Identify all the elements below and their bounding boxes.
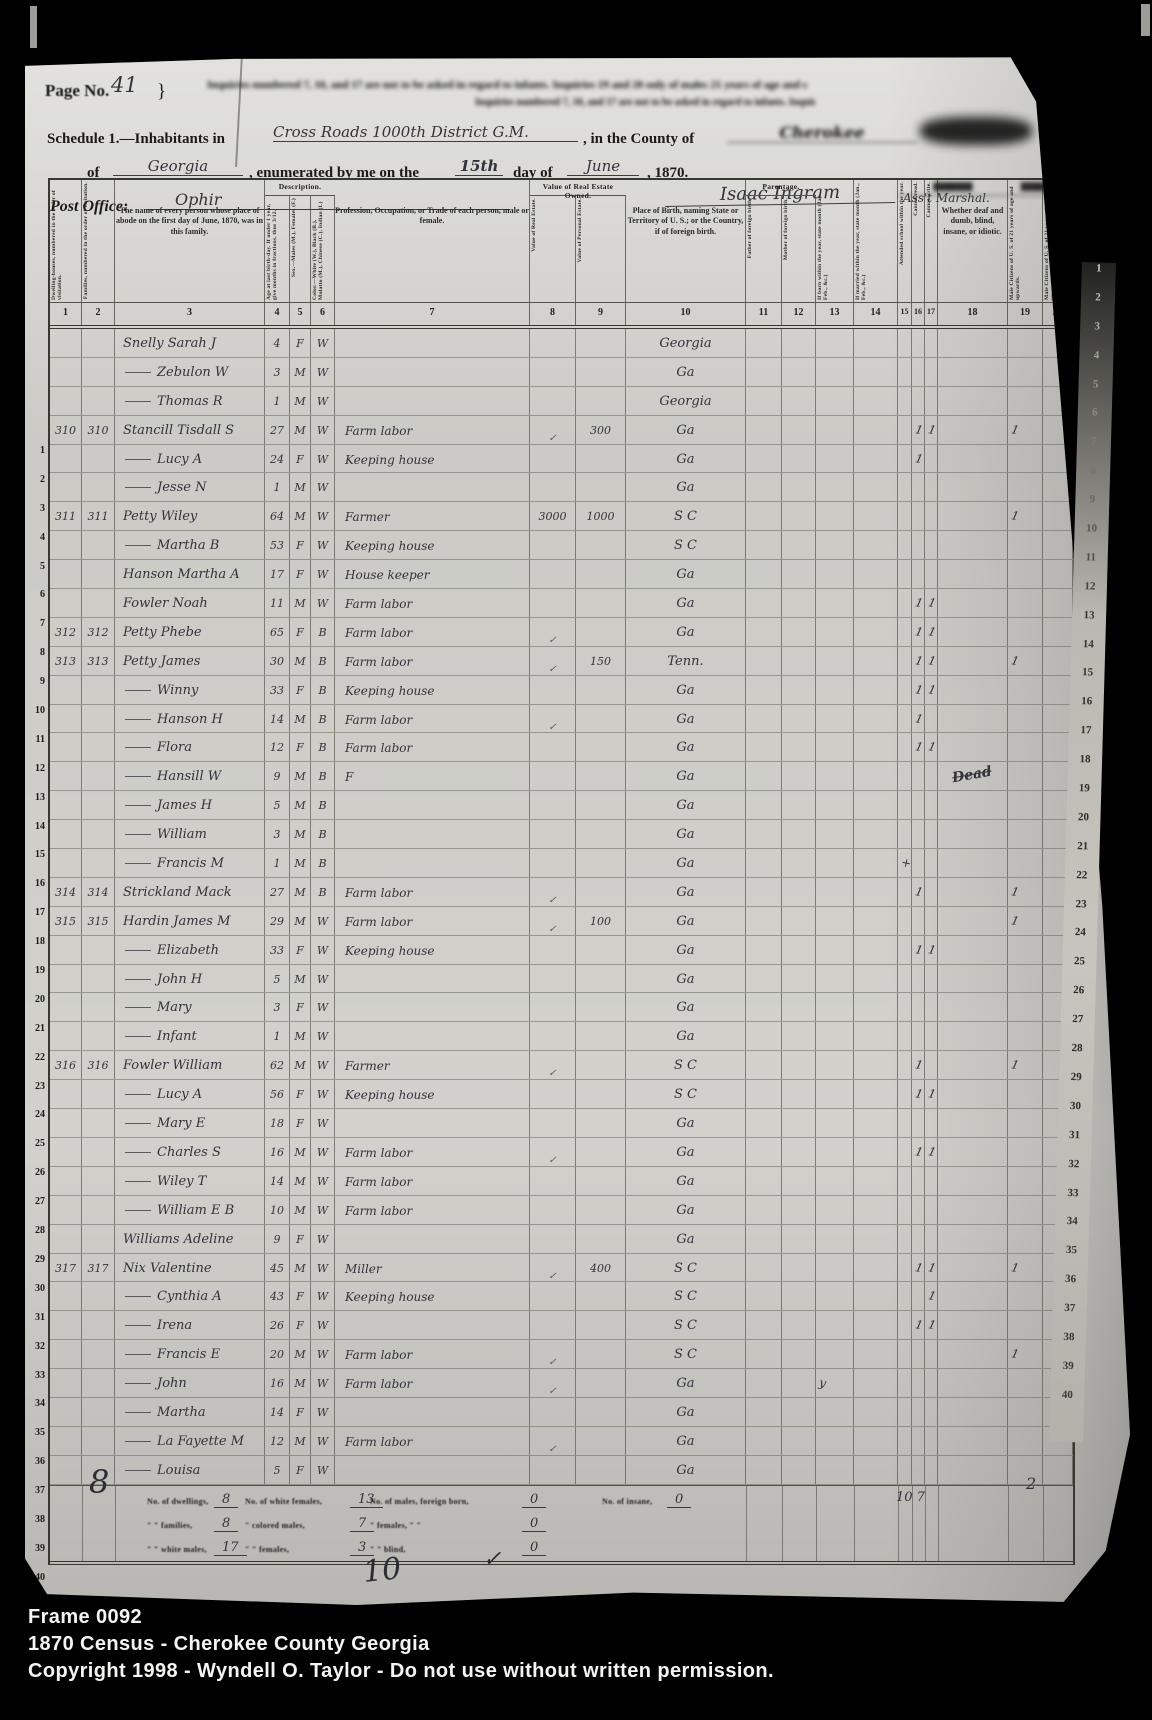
left-row-number: 12 <box>25 763 45 792</box>
cell-name: Wiley T <box>115 1167 265 1195</box>
totals-block: No. of dwellings,8No. of white females,1… <box>50 1485 1073 1565</box>
cell-col-13 <box>816 676 854 704</box>
cell-name: Martha B <box>115 531 265 559</box>
ditto-dash <box>125 487 151 488</box>
cell-sex: F <box>290 560 311 588</box>
left-row-number: 8 <box>25 647 45 676</box>
cell-birthplace: Ga <box>626 416 746 444</box>
ditto-dash <box>125 690 151 691</box>
cell-name: Martha <box>115 1398 265 1426</box>
hand-tick-mark: 1 <box>914 877 926 899</box>
edge-row-number: 4 <box>1079 349 1114 379</box>
cell-name: Petty Phebe <box>115 618 265 646</box>
cell-family-number <box>82 1022 115 1050</box>
cell-sex: M <box>290 589 311 617</box>
column-header-18: Whether deaf and dumb, blind, insane, or… <box>938 180 1008 302</box>
cell-sex: M <box>290 1196 311 1224</box>
cell-col-13 <box>816 618 854 646</box>
cell-personal-estate-value <box>576 358 626 386</box>
cell-color: W <box>311 965 335 993</box>
cell-col-12 <box>782 965 816 993</box>
cell-birthplace: Ga <box>626 445 746 473</box>
cell-personal-estate-value <box>576 1196 626 1224</box>
left-row-number: 14 <box>25 821 45 850</box>
ditto-dash <box>125 719 151 720</box>
cell-color: W <box>311 1254 335 1282</box>
hand-tick-mark: 1 <box>927 733 939 755</box>
cell-col-18 <box>938 502 1008 530</box>
cell-col-15 <box>898 820 912 848</box>
cell-family-number <box>82 1109 115 1137</box>
cell-personal-estate-value <box>576 387 626 415</box>
cell-col-18 <box>938 705 1008 733</box>
table-row: La Fayette M12MWFarm labor✓Ga <box>50 1427 1073 1456</box>
cell-col-12 <box>782 473 816 501</box>
cell-occupation: Farm labor <box>335 1138 530 1166</box>
cell-age: 3 <box>265 820 290 848</box>
cell-age: 16 <box>265 1138 290 1166</box>
hand-tick-mark: 1 <box>914 1311 926 1333</box>
cell-family-number <box>82 560 115 588</box>
ditto-dash <box>125 1441 151 1442</box>
cell-family-number: 314 <box>82 878 115 906</box>
totals-grid-line <box>1043 1486 1044 1561</box>
ditto-dash <box>125 1296 151 1297</box>
column-header-label: Male Citizens of U. S. of 21 years of ag… <box>1043 180 1063 302</box>
cell-col-14 <box>854 647 898 675</box>
person-name: Williams Adeline <box>123 1232 233 1247</box>
cell-sex: F <box>290 618 311 646</box>
person-name: Strickland Mack <box>123 885 232 900</box>
check-mark: ✓ <box>548 626 556 646</box>
person-name: Irena <box>157 1318 192 1333</box>
cell-col-11 <box>746 1340 782 1368</box>
cell-birthplace: Ga <box>626 936 746 964</box>
cell-col-17 <box>925 560 938 588</box>
cell-age: 14 <box>265 705 290 733</box>
cell-col-20 <box>1043 502 1073 530</box>
cell-occupation: Keeping house <box>335 936 530 964</box>
left-row-number: 26 <box>25 1167 45 1196</box>
cell-personal-estate-value <box>576 1398 626 1426</box>
cell-col-19 <box>1008 473 1043 501</box>
column-header-label: Male Citizens of U. S. of 21 years of ag… <box>1008 180 1022 302</box>
table-row: 313313Petty James30MBFarm labor✓150Tenn.… <box>50 647 1073 676</box>
check-mark: ✓ <box>548 886 556 906</box>
cell-color: W <box>311 1167 335 1195</box>
cell-col-20 <box>1043 473 1073 501</box>
cell-col-19: 1 <box>1008 1051 1043 1079</box>
table-row: Infant1MWGa <box>50 1022 1073 1051</box>
cell-col-15 <box>898 1225 912 1253</box>
cell-color: W <box>311 1138 335 1166</box>
left-row-number: 33 <box>25 1370 45 1399</box>
cell-birthplace: Ga <box>626 1456 746 1484</box>
cell-col-17 <box>925 1398 938 1426</box>
cell-col-17 <box>925 965 938 993</box>
cell-col-13 <box>816 589 854 617</box>
edge-row-number: 10 <box>1074 522 1109 552</box>
cell-col-12 <box>782 705 816 733</box>
cell-family-number <box>82 1311 115 1339</box>
cell-occupation <box>335 820 530 848</box>
instructions-smudge-2: Inquiries numbered 7, 10, and 17 are not… <box>475 97 815 110</box>
cell-col-20 <box>1043 560 1073 588</box>
cell-col-11 <box>746 676 782 704</box>
cell-col-17: 1 <box>925 1282 938 1310</box>
left-row-number: 1 <box>25 445 45 474</box>
cell-col-13 <box>816 1340 854 1368</box>
cell-col-19 <box>1008 1282 1043 1310</box>
cell-col-13 <box>816 1225 854 1253</box>
cell-col-13 <box>816 849 854 877</box>
cell-col-19 <box>1008 1369 1043 1397</box>
ditto-dash <box>125 1412 151 1413</box>
cell-col-15 <box>898 358 912 386</box>
cell-real-estate-value: ✓ <box>530 618 576 646</box>
cell-personal-estate-value <box>576 965 626 993</box>
cell-family-number <box>82 1369 115 1397</box>
left-row-number: 3 <box>25 503 45 532</box>
cell-col-15 <box>898 1196 912 1224</box>
cell-personal-estate-value <box>576 878 626 906</box>
cell-col-19 <box>1008 358 1043 386</box>
cell-col-18 <box>938 936 1008 964</box>
cell-personal-estate-value <box>576 1051 626 1079</box>
column-header-label: Age at last birth-day. If under 1 year, … <box>265 196 279 302</box>
edge-row-number: 6 <box>1077 406 1112 436</box>
column-header-5: Sex.—Males (M.), Females (F.) <box>290 196 311 302</box>
census-paper: Page No. 41 } Inquiries numbered 7, 10, … <box>25 55 1130 1605</box>
cell-col-16 <box>912 473 925 501</box>
ditto-dash <box>125 834 151 835</box>
ditto-dash <box>125 459 151 460</box>
left-row-number: 19 <box>25 965 45 994</box>
cell-personal-estate-value <box>576 1138 626 1166</box>
hand-tick-mark: 1 <box>1010 877 1022 899</box>
cell-color: B <box>311 878 335 906</box>
cell-col-14 <box>854 502 898 530</box>
cell-col-20 <box>1043 387 1073 415</box>
hand-tick-mark: 1 <box>914 617 926 639</box>
cell-col-17 <box>925 502 938 530</box>
cell-sex: F <box>290 733 311 761</box>
cell-age: 18 <box>265 1109 290 1137</box>
cell-col-14 <box>854 936 898 964</box>
person-name: Charles S <box>157 1145 221 1160</box>
edge-row-number: 35 <box>1054 1244 1089 1274</box>
cell-col-17 <box>925 1022 938 1050</box>
cell-family-number <box>82 993 115 1021</box>
person-name: Fowler William <box>123 1058 222 1073</box>
cell-col-13 <box>816 1398 854 1426</box>
cell-dwelling-number <box>50 1369 82 1397</box>
cell-name: Winny <box>115 676 265 704</box>
cell-color: W <box>311 1051 335 1079</box>
cell-col-17 <box>925 531 938 559</box>
column-header-3: The name of every person whose place of … <box>115 180 265 302</box>
edge-row-number: 40 <box>1050 1388 1085 1418</box>
column-header-16: Cannot read. <box>912 180 925 302</box>
cell-family-number <box>82 1427 115 1455</box>
cell-col-17 <box>925 1427 938 1455</box>
cell-col-13 <box>816 965 854 993</box>
cell-col-13 <box>816 1051 854 1079</box>
cell-col-11 <box>746 1398 782 1426</box>
cell-family-number <box>82 762 115 790</box>
cell-birthplace: Ga <box>626 560 746 588</box>
edge-row-number: 25 <box>1062 955 1097 985</box>
left-row-number: 6 <box>25 589 45 618</box>
left-row-number: 39 <box>25 1543 45 1572</box>
cell-col-16: 1 <box>912 589 925 617</box>
cell-col-19 <box>1008 849 1043 877</box>
person-name: Jesse N <box>157 480 206 495</box>
cell-dwelling-number <box>50 445 82 473</box>
totals-label: No. of males, foreign born, <box>370 1497 469 1506</box>
ditto-dash <box>125 401 151 402</box>
totals-label: ″ females, ″ ″ <box>370 1521 421 1530</box>
cell-personal-estate-value <box>576 560 626 588</box>
cell-col-13 <box>816 387 854 415</box>
cell-col-17: 1 <box>925 589 938 617</box>
cell-real-estate-value: ✓ <box>530 907 576 935</box>
cell-name: John <box>115 1369 265 1397</box>
cell-col-13 <box>816 705 854 733</box>
cell-col-17: 1 <box>925 618 938 646</box>
cell-col-19 <box>1008 1167 1043 1195</box>
cell-col-16: 1 <box>912 936 925 964</box>
cell-col-14 <box>854 1340 898 1368</box>
cell-col-14 <box>854 618 898 646</box>
left-row-number: 9 <box>25 676 45 705</box>
column-header-20: Male Citizens of U. S. of 21 years of ag… <box>1043 180 1073 302</box>
table-row: Williams Adeline9FWGa <box>50 1225 1073 1254</box>
cell-col-14 <box>854 733 898 761</box>
cell-col-12 <box>782 1051 816 1079</box>
cell-col-14 <box>854 387 898 415</box>
column-header-label: Profession, Occupation, or Trade of each… <box>335 180 529 227</box>
cell-col-16 <box>912 1427 925 1455</box>
cell-name: Mary E <box>115 1109 265 1137</box>
totals-grid-line <box>938 1486 939 1561</box>
cell-col-11 <box>746 1196 782 1224</box>
edge-row-number: 23 <box>1063 897 1098 927</box>
person-name: Zebulon W <box>157 365 228 380</box>
group-header-smudge: ███████ <box>1008 182 1073 196</box>
cell-col-15 <box>898 965 912 993</box>
cell-col-17 <box>925 705 938 733</box>
table-row: Snelly Sarah J4FWGeorgia <box>50 329 1073 358</box>
cell-col-16 <box>912 1398 925 1426</box>
cell-col-12 <box>782 1340 816 1368</box>
left-row-number: 24 <box>25 1109 45 1138</box>
cell-color: B <box>311 762 335 790</box>
cell-personal-estate-value <box>576 1456 626 1484</box>
cell-name: Mary <box>115 993 265 1021</box>
person-name: Petty James <box>123 654 200 669</box>
day-field: 15th <box>455 157 503 176</box>
cell-col-15 <box>898 1022 912 1050</box>
hand-tick-mark: 1 <box>1010 906 1022 928</box>
table-row: Elizabeth33FWKeeping houseGa11 <box>50 936 1073 965</box>
cell-name: Jesse N <box>115 473 265 501</box>
table-row: Martha14FWGa <box>50 1398 1073 1427</box>
cell-occupation: Farm labor <box>335 1369 530 1397</box>
edge-row-number: 3 <box>1080 320 1115 350</box>
cell-col-13 <box>816 445 854 473</box>
cell-col-17: 1 <box>925 733 938 761</box>
column-header-label: Place of Birth, naming State or Territor… <box>626 180 745 237</box>
cell-col-16: 1 <box>912 1311 925 1339</box>
cell-name: Petty James <box>115 647 265 675</box>
cell-col-16 <box>912 1109 925 1137</box>
cell-birthplace: Ga <box>626 993 746 1021</box>
hand-tick-mark: 1 <box>1010 1340 1022 1362</box>
cell-col-12 <box>782 1311 816 1339</box>
person-name: Cynthia A <box>157 1289 222 1304</box>
cell-color: W <box>311 1398 335 1426</box>
cell-name: Elizabeth <box>115 936 265 964</box>
cell-birthplace: S C <box>626 1311 746 1339</box>
cell-dwelling-number: 317 <box>50 1254 82 1282</box>
person-name: Hanson Martha A <box>123 567 240 582</box>
cell-col-19 <box>1008 1138 1043 1166</box>
edge-row-number: 27 <box>1060 1013 1095 1043</box>
cell-col-20 <box>1043 531 1073 559</box>
cell-col-11 <box>746 618 782 646</box>
person-name: Louisa <box>157 1463 200 1478</box>
cell-col-18 <box>938 416 1008 444</box>
cell-family-number <box>82 1225 115 1253</box>
hand-tick-mark: 1 <box>927 646 939 668</box>
cell-col-17 <box>925 1196 938 1224</box>
table-row: John H5MWGa <box>50 965 1073 994</box>
hand-tick-mark: 1 <box>914 1051 926 1073</box>
cell-birthplace: Ga <box>626 791 746 819</box>
cell-col-14 <box>854 1109 898 1137</box>
cell-name: James H <box>115 791 265 819</box>
totals-grid-line <box>82 1486 83 1561</box>
cell-col-16 <box>912 560 925 588</box>
cell-col-18 <box>938 1051 1008 1079</box>
cell-sex: M <box>290 1167 311 1195</box>
cell-age: 56 <box>265 1080 290 1108</box>
cell-color: W <box>311 1109 335 1137</box>
cell-col-18 <box>938 993 1008 1021</box>
cell-col-14 <box>854 1138 898 1166</box>
cell-col-14 <box>854 1254 898 1282</box>
cell-sex: F <box>290 1109 311 1137</box>
cell-occupation <box>335 1022 530 1050</box>
cell-real-estate-value <box>530 1311 576 1339</box>
cell-age: 12 <box>265 1427 290 1455</box>
cell-color: B <box>311 647 335 675</box>
caption-frame: Frame 0092 <box>28 1604 774 1631</box>
cell-col-19 <box>1008 1109 1043 1137</box>
left-row-number: 25 <box>25 1138 45 1167</box>
edge-row-number: 1 <box>1081 262 1116 292</box>
cell-age: 11 <box>265 589 290 617</box>
cell-col-13 <box>816 358 854 386</box>
cell-col-11 <box>746 502 782 530</box>
cell-family-number <box>82 445 115 473</box>
column-number-16: 16 <box>912 303 925 325</box>
cell-col-16 <box>912 1022 925 1050</box>
column-number-12: 12 <box>782 303 816 325</box>
ditto-dash <box>125 1210 151 1211</box>
cell-col-12 <box>782 531 816 559</box>
cell-col-14 <box>854 329 898 357</box>
left-row-number: 4 <box>25 532 45 561</box>
cell-col-18 <box>938 1225 1008 1253</box>
cell-name: William E B <box>115 1196 265 1224</box>
cell-col-16 <box>912 531 925 559</box>
cell-col-17: 1 <box>925 647 938 675</box>
cell-col-19: 1 <box>1008 1254 1043 1282</box>
cell-real-estate-value <box>530 1080 576 1108</box>
cell-family-number: 315 <box>82 907 115 935</box>
cell-dwelling-number <box>50 1167 82 1195</box>
table-row: 317317Nix Valentine45MWMiller✓400S C111 <box>50 1254 1073 1283</box>
column-number-17: 17 <box>925 303 938 325</box>
cell-occupation: Farmer <box>335 502 530 530</box>
cell-occupation <box>335 1109 530 1137</box>
cell-birthplace: S C <box>626 1080 746 1108</box>
cell-col-15 <box>898 1311 912 1339</box>
ditto-dash <box>125 1383 151 1384</box>
cell-name: Hansill W <box>115 762 265 790</box>
cell-col-14 <box>854 878 898 906</box>
cell-age: 33 <box>265 936 290 964</box>
person-name: Martha <box>157 1405 206 1420</box>
person-name: Fowler Noah <box>123 596 208 611</box>
cell-sex: F <box>290 676 311 704</box>
cell-personal-estate-value: 300 <box>576 416 626 444</box>
totals-value: 8 <box>214 1492 238 1508</box>
table-row: Jesse N1MWGa <box>50 473 1073 502</box>
cell-col-16 <box>912 387 925 415</box>
left-row-number: 17 <box>25 907 45 936</box>
cell-sex: F <box>290 936 311 964</box>
cell-sex: M <box>290 502 311 530</box>
cell-age: 26 <box>265 1311 290 1339</box>
cell-col-16: 1 <box>912 416 925 444</box>
cell-personal-estate-value <box>576 849 626 877</box>
cell-personal-estate-value: 100 <box>576 907 626 935</box>
cell-real-estate-value <box>530 993 576 1021</box>
cell-birthplace: Ga <box>626 676 746 704</box>
totals-grid-line <box>746 1486 747 1561</box>
cell-dwelling-number: 310 <box>50 416 82 444</box>
person-name: Infant <box>157 1029 197 1044</box>
edge-row-number: 18 <box>1067 753 1102 783</box>
cell-col-12 <box>782 1080 816 1108</box>
cell-col-13 <box>816 1022 854 1050</box>
cell-sex: M <box>290 473 311 501</box>
cell-col-15 <box>898 1398 912 1426</box>
cell-col-13 <box>816 878 854 906</box>
cell-color: W <box>311 1282 335 1310</box>
cell-age: 14 <box>265 1167 290 1195</box>
scan-edge-artifact <box>30 6 37 48</box>
cell-color: B <box>311 733 335 761</box>
cell-name: Strickland Mack <box>115 878 265 906</box>
cell-col-15 <box>898 762 912 790</box>
column-number-15: 15 <box>898 303 912 325</box>
cell-col-12 <box>782 329 816 357</box>
cell-col-16 <box>912 993 925 1021</box>
